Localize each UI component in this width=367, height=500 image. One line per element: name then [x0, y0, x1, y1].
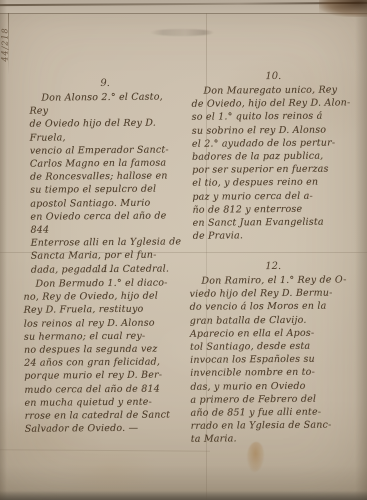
- entry-12-text: Don Ramiro, el 1.° Rey de O- viedo hijo …: [189, 273, 358, 446]
- left-edge-shadow: [0, 0, 7, 500]
- entry-10-number: 10.: [191, 70, 355, 82]
- entry-12-number: 12.: [189, 260, 357, 272]
- entry-9: 9. Don Alonso 2.° el Casto, Rey de Ovied…: [29, 77, 183, 276]
- entry-11-text: Don Bermudo 1.° el diaco- no, Rey de Ovi…: [23, 276, 185, 436]
- entry-12: 12. Don Ramiro, el 1.° Rey de O- viedo h…: [189, 260, 359, 446]
- entry-10-text: Don Mauregato unico, Rey de Oviedo, hijo…: [191, 83, 356, 243]
- entry-9-number: 9.: [29, 77, 181, 89]
- entry-10: 10. Don Mauregato unico, Rey de Oviedo, …: [191, 70, 356, 243]
- page-bottom-edge: [0, 491, 367, 500]
- entry-9-text: Don Alonso 2.° el Casto, Rey de Oviedo h…: [29, 90, 183, 276]
- archival-number: 44/218: [1, 18, 10, 72]
- manuscript-page: 44/218 9. Don Alonso 2.° el Casto, Rey d…: [0, 0, 367, 500]
- bottom-crease: [0, 449, 210, 451]
- faint-pencil-mark: [150, 29, 214, 36]
- ink-stain: [247, 442, 264, 472]
- entry-11-number: 11.: [23, 263, 184, 275]
- entry-11: 11. Don Bermudo 1.° el diaco- no, Rey de…: [23, 263, 185, 436]
